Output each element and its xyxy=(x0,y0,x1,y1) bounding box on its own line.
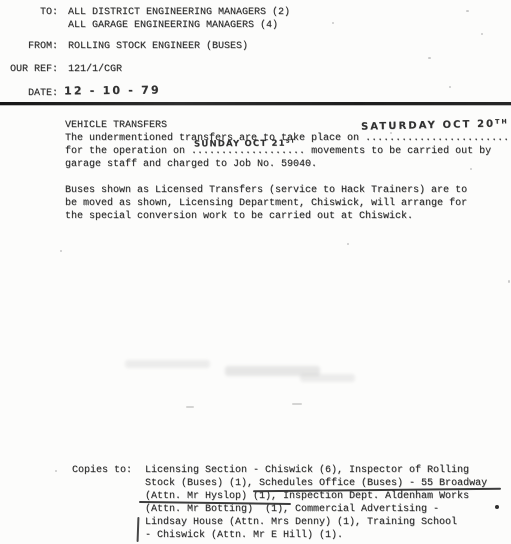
body-paragraph1-line3: garage staff and charged to Job No. 5904… xyxy=(65,159,317,171)
header-divider xyxy=(0,102,511,105)
scan-speckle xyxy=(470,168,472,170)
typed-text: movements to be carried out by xyxy=(305,146,491,157)
typed-text: Stock (Buses) (1), xyxy=(145,478,259,489)
handwritten-saturday-date: SATURDAY OCT 20TH xyxy=(361,118,509,132)
scan-speckle xyxy=(428,57,431,59)
scan-speckle xyxy=(347,243,349,245)
from-value: ROLLING STOCK ENGINEER (BUSES) xyxy=(68,41,248,53)
handwritten-text: SATURDAY OCT 20 xyxy=(361,119,495,133)
scan-smudge xyxy=(300,374,355,382)
copies-line-5: Lindsay House (Attn. Mrs Denny) (1), Tra… xyxy=(145,517,457,529)
date-value-handwritten: 12 - 10 - 79 xyxy=(64,83,161,97)
copies-line-1: Licensing Section - Chiswick (6), Inspec… xyxy=(145,465,469,477)
memo-heading: VEHICLE TRANSFERS xyxy=(65,120,167,132)
to-label: TO: xyxy=(40,7,58,19)
scan-smudge xyxy=(125,360,210,368)
typed-text: , Inspection Dept. Aldenham Works xyxy=(271,491,469,502)
scan-speckle xyxy=(186,406,194,408)
scan-speckle xyxy=(55,470,57,472)
to-recipient-line-1: ALL DISTRICT ENGINEERING MANAGERS (2) xyxy=(68,7,290,19)
copies-line-6: - Chiswick (Attn. Mr E Hill) (1). xyxy=(145,530,343,542)
copies-line-4: (Attn. Mr Botting) (1), Commercial Adver… xyxy=(145,504,439,516)
dotted-blank: ........................ xyxy=(359,133,509,144)
scan-speckle xyxy=(292,403,302,405)
body-paragraph2-line2: be moved as shown, Licensing Department,… xyxy=(65,198,467,210)
handwritten-ordinal: TH xyxy=(495,118,509,125)
our-ref-label: OUR REF: xyxy=(10,64,58,76)
body-paragraph2-line3: the special conversion work to be carrie… xyxy=(65,211,413,223)
handwritten-sunday-date: SUNDAY OCT 21ST xyxy=(194,139,296,150)
our-ref-value: 121/1/CGR xyxy=(68,64,122,76)
body-paragraph2-line1: Buses shown as Licensed Transfers (servi… xyxy=(65,185,467,197)
scan-speckle xyxy=(60,250,62,252)
handwritten-text: SUNDAY OCT 21 xyxy=(194,139,286,150)
memo-page: TO: ALL DISTRICT ENGINEERING MANAGERS (2… xyxy=(0,0,511,544)
from-label: FROM: xyxy=(28,41,58,53)
typed-text: for the operation on xyxy=(65,146,185,157)
pen-mark-vertical xyxy=(137,517,140,542)
scan-speckle xyxy=(332,22,334,24)
scan-speckle xyxy=(481,33,483,35)
handwritten-ordinal: ST xyxy=(286,138,296,144)
date-label: DATE: xyxy=(28,88,58,100)
to-recipient-line-2: ALL GARAGE ENGINEERING MANAGERS (4) xyxy=(68,20,278,32)
scan-speckle xyxy=(508,280,510,283)
ink-dot-artifact xyxy=(495,505,499,509)
scan-speckle xyxy=(466,10,469,12)
scan-speckle xyxy=(390,132,392,134)
scan-speckle xyxy=(449,86,451,88)
copies-label: Copies to: xyxy=(72,465,132,477)
